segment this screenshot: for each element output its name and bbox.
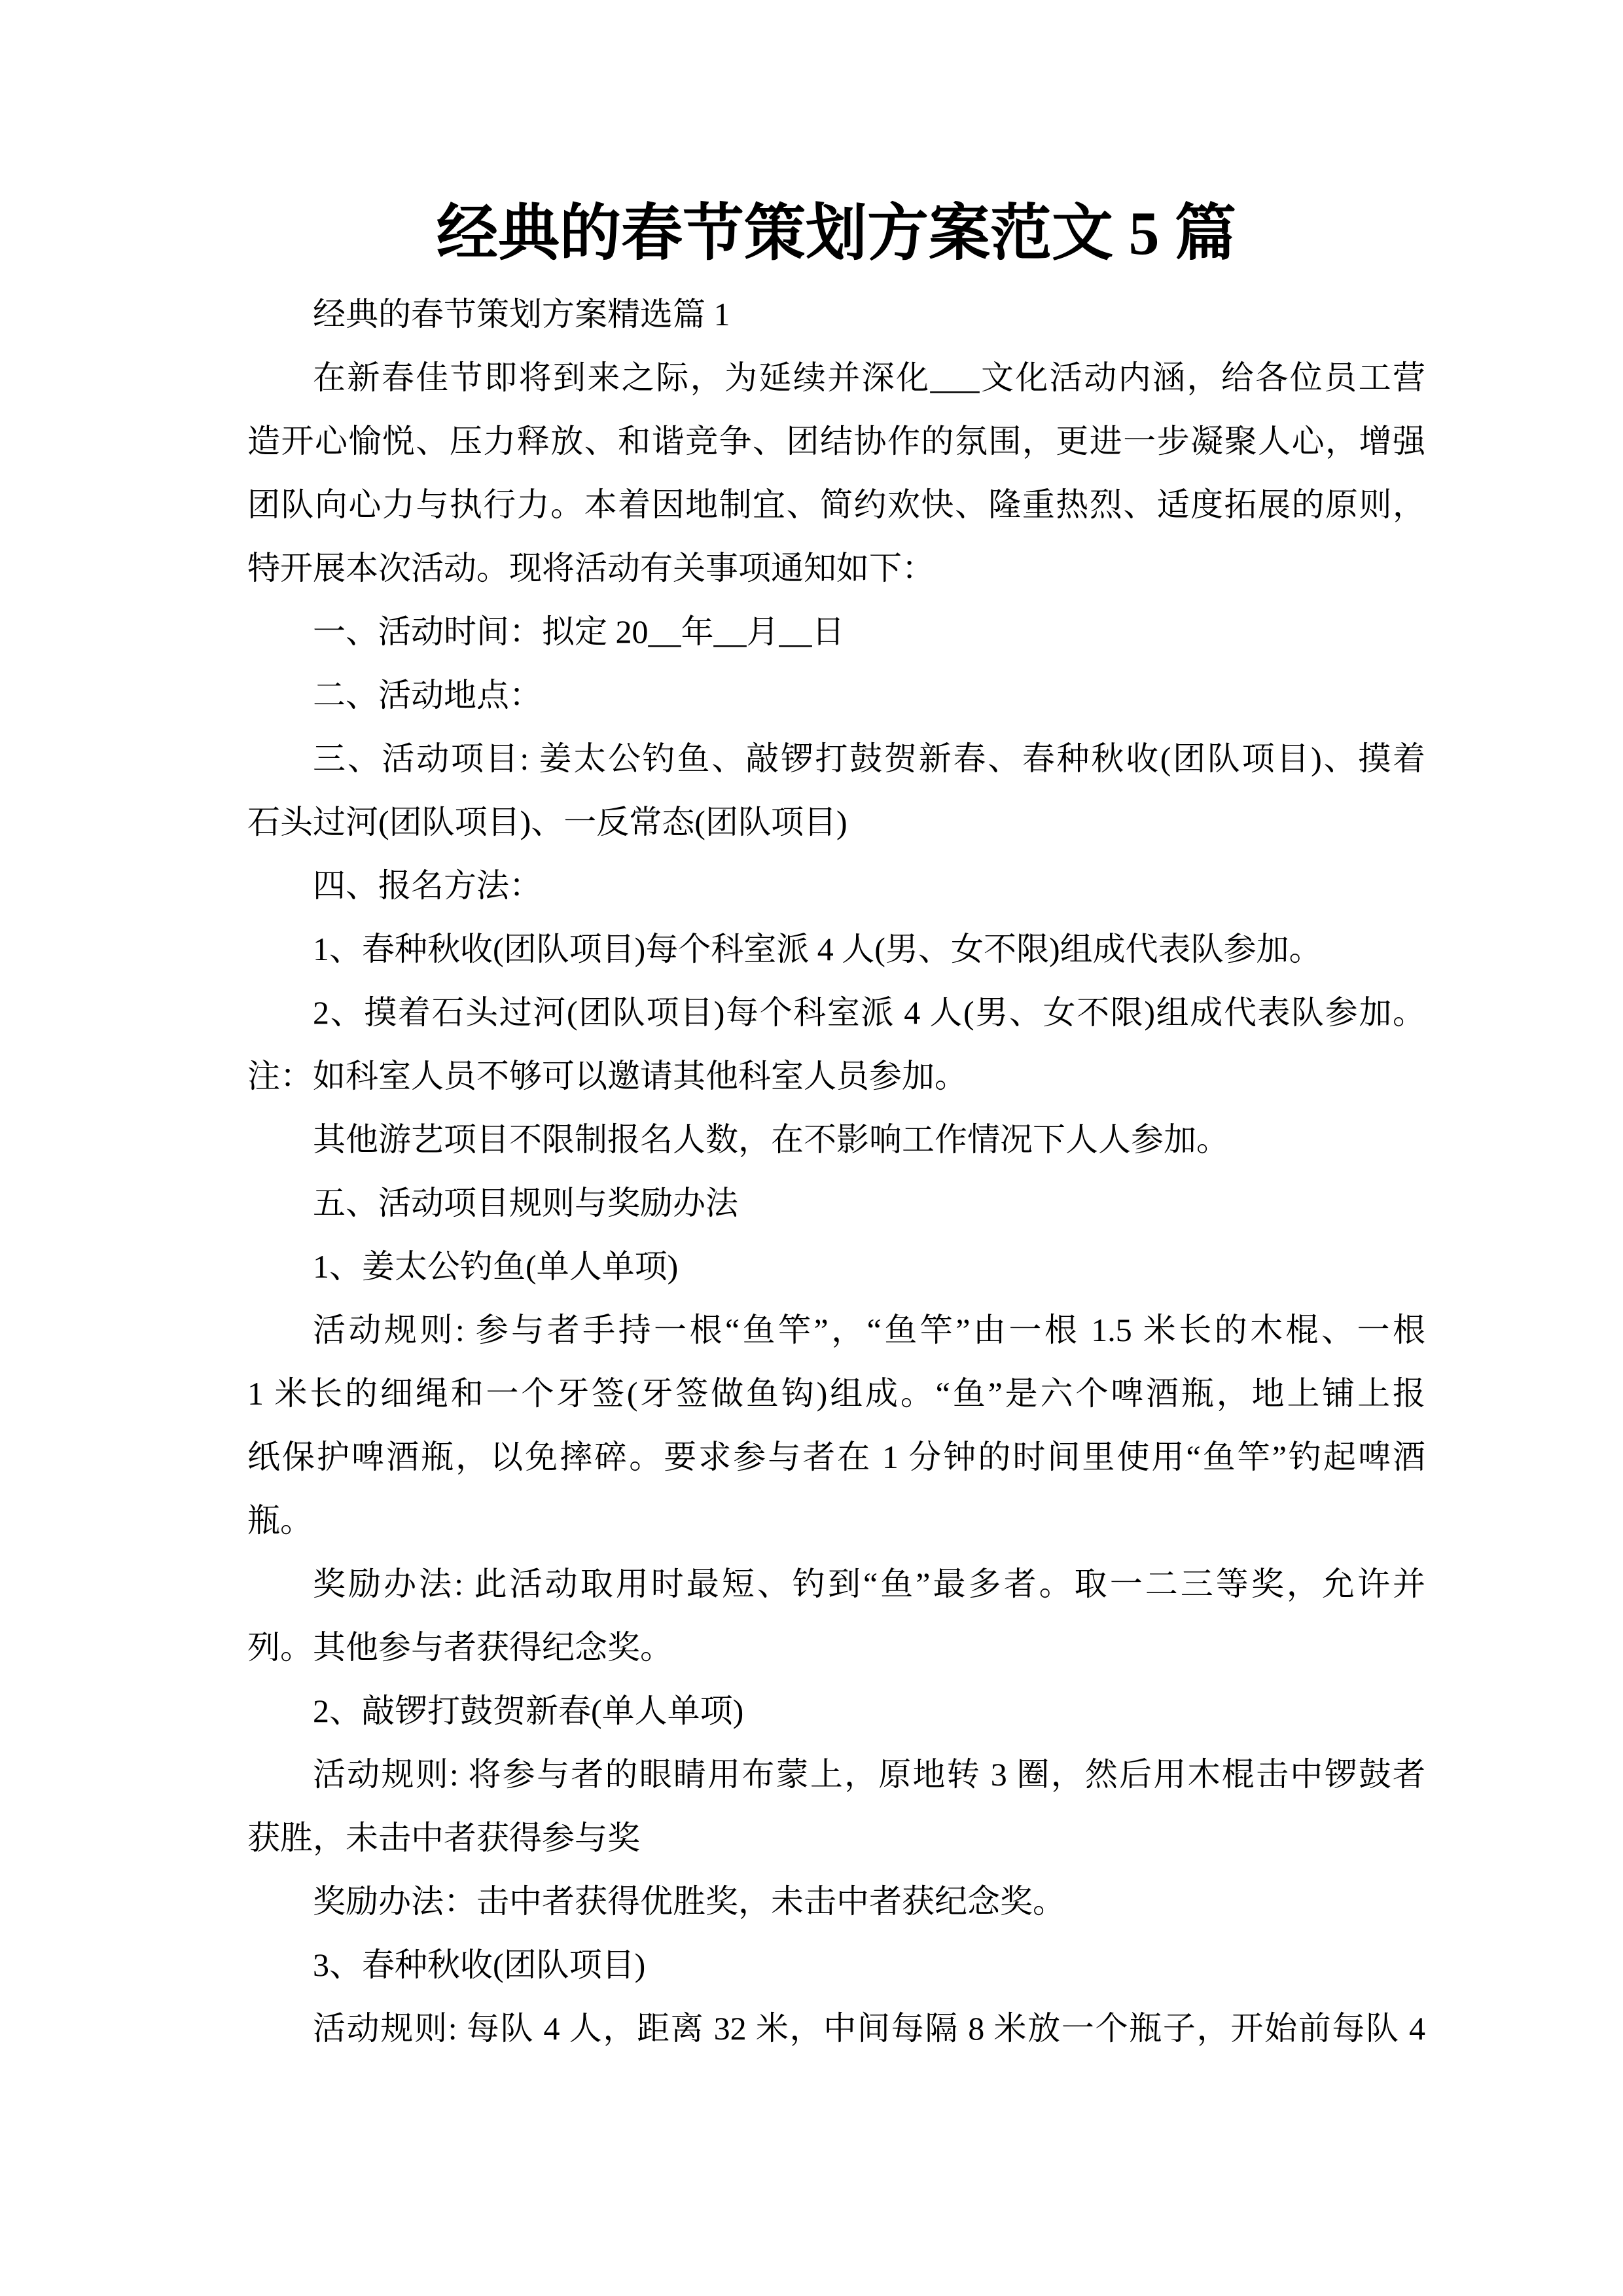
paragraph-line: 在新春佳节即将到来之际，为延续并深化___文化活动内涵，给各位员工营 (247, 346, 1425, 410)
paragraph-line: 奖励办法：击中者获得优胜奖，未击中者获纪念奖。 (247, 1870, 1425, 1933)
paragraph-line: 造开心愉悦、压力释放、和谐竞争、团结协作的氛围，更进一步凝聚人心，增强 (247, 410, 1425, 473)
paragraph-line: 团队向心力与执行力。本着因地制宜、简约欢快、隆重热烈、适度拓展的原则， (247, 473, 1425, 537)
paragraph-line: 活动规则: 将参与者的眼睛用布蒙上，原地转 3 圈，然后用木棍击中锣鼓者 (247, 1743, 1425, 1806)
paragraph-line: 活动规则: 参与者手持一根“鱼竿”，“鱼竿”由一根 1.5 米长的木棍、一根 (247, 1299, 1425, 1362)
paragraph-line: 四、报名方法： (247, 854, 1425, 918)
paragraph-line: 特开展本次活动。现将活动有关事项通知如下： (247, 537, 1425, 600)
paragraph-line: 活动规则: 每队 4 人，距离 32 米，中间每隔 8 米放一个瓶子，开始前每队… (247, 1997, 1425, 2060)
paragraph-line: 注：如科室人员不够可以邀请其他科室人员参加。 (247, 1045, 1425, 1108)
paragraph-line: 经典的春节策划方案精选篇 1 (247, 283, 1425, 346)
paragraph-line: 2、敲锣打鼓贺新春(单人单项) (247, 1679, 1425, 1743)
paragraph-line: 奖励办法: 此活动取用时最短、钓到“鱼”最多者。取一二三等奖，允许并 (247, 1552, 1425, 1616)
document-title: 经典的春节策划方案范文 5 篇 (247, 191, 1425, 276)
paragraph-line: 2、摸着石头过河(团队项目)每个科室派 4 人(男、女不限)组成代表队参加。 (247, 981, 1425, 1045)
paragraph-line: 1、姜太公钓鱼(单人单项) (247, 1235, 1425, 1299)
paragraph-line: 五、活动项目规则与奖励办法 (247, 1172, 1425, 1235)
paragraph-line: 3、春种秋收(团队项目) (247, 1933, 1425, 1997)
paragraph-line: 石头过河(团队项目)、一反常态(团队项目) (247, 791, 1425, 854)
paragraph-line: 1 米长的细绳和一个牙签(牙签做鱼钩)组成。“鱼”是六个啤酒瓶，地上铺上报 (247, 1362, 1425, 1426)
document-page: 经典的春节策划方案范文 5 篇 经典的春节策划方案精选篇 1 在新春佳节即将到来… (0, 0, 1623, 2296)
paragraph-line: 1、春种秋收(团队项目)每个科室派 4 人(男、女不限)组成代表队参加。 (247, 918, 1425, 981)
paragraph-line: 列。其他参与者获得纪念奖。 (247, 1616, 1425, 1679)
document-body: 经典的春节策划方案精选篇 1 在新春佳节即将到来之际，为延续并深化___文化活动… (247, 283, 1425, 2060)
paragraph-line: 瓶。 (247, 1489, 1425, 1552)
paragraph-line: 纸保护啤酒瓶，以免摔碎。要求参与者在 1 分钟的时间里使用“鱼竿”钓起啤酒 (247, 1426, 1425, 1489)
paragraph-line: 获胜，未击中者获得参与奖 (247, 1806, 1425, 1870)
paragraph-line: 二、活动地点： (247, 664, 1425, 727)
paragraph-line: 其他游艺项目不限制报名人数，在不影响工作情况下人人参加。 (247, 1108, 1425, 1172)
paragraph-line: 一、活动时间：拟定 20__年__月__日 (247, 600, 1425, 664)
paragraph-line: 三、活动项目: 姜太公钓鱼、敲锣打鼓贺新春、春种秋收(团队项目)、摸着 (247, 727, 1425, 791)
